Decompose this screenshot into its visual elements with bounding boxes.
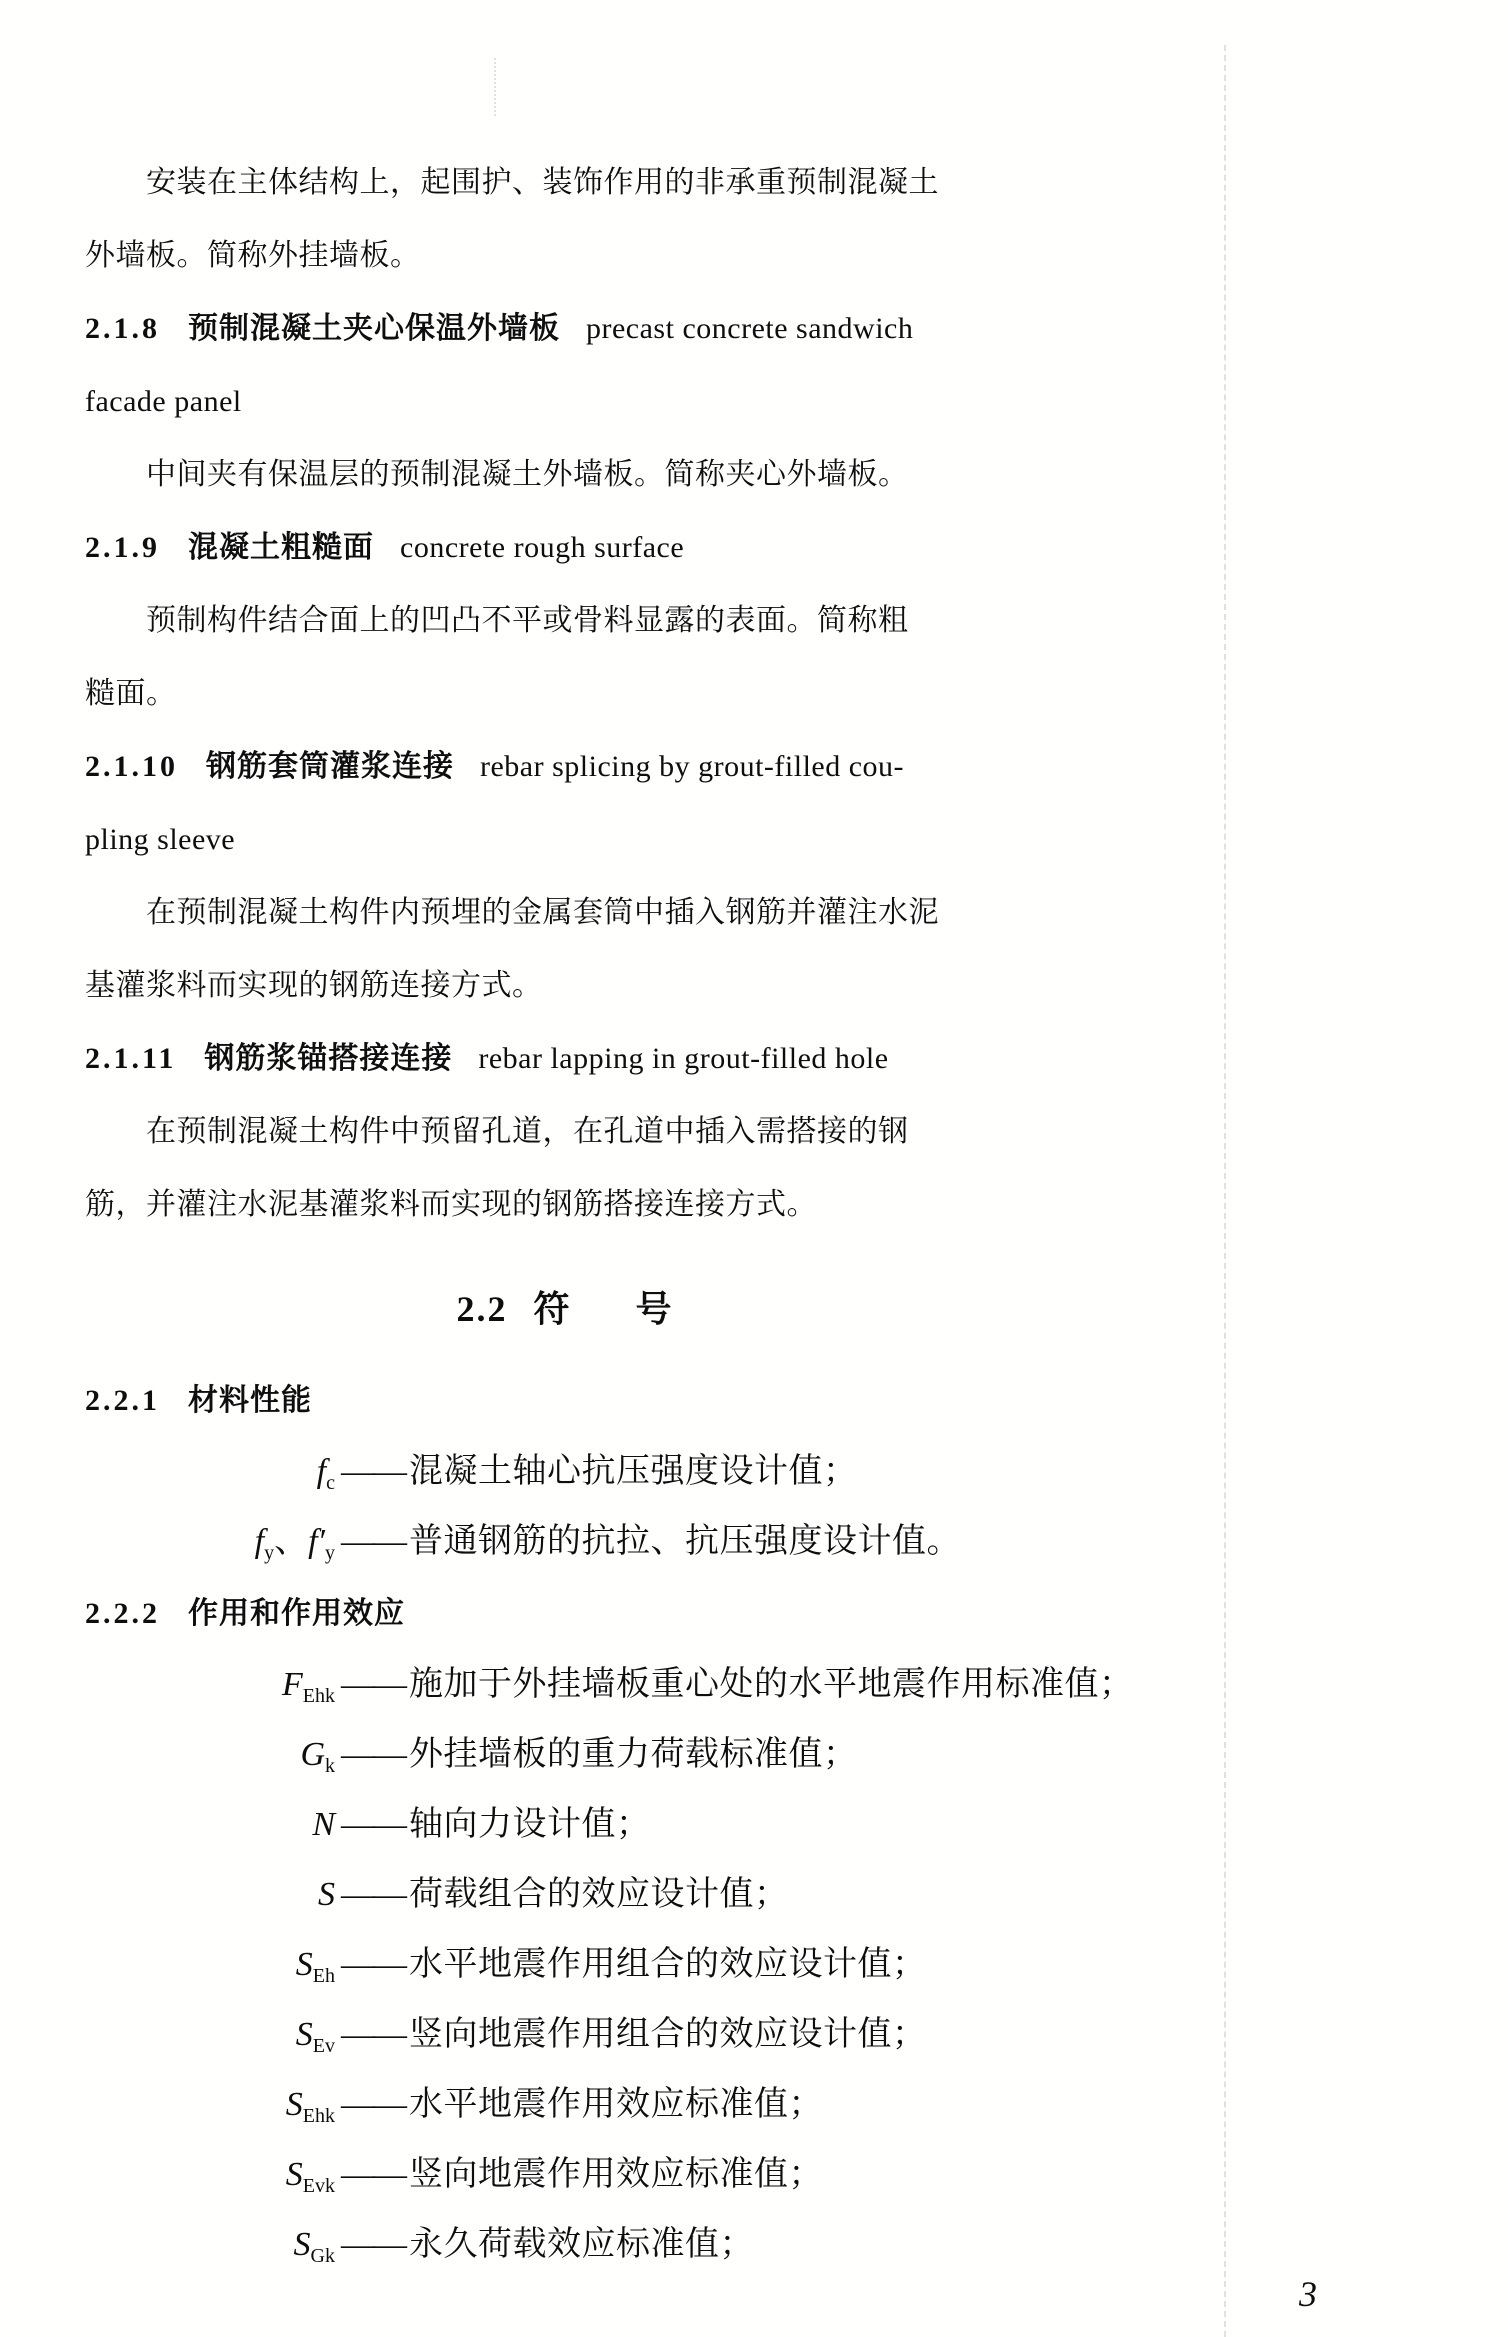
symbol-row: SEh——水平地震作用组合的效应设计值； [85, 1930, 1265, 2000]
definition-line: 在预制混凝土构件中预留孔道，在孔道中插入需搭接的钢 [85, 1095, 1265, 1168]
definition-line: 预制构件结合面上的凹凸不平或骨料显露的表面。简称粗 [85, 584, 1265, 657]
subsection-heading-2-2-2: 2.2.2作用和作用效应 [85, 1577, 1265, 1650]
symbol-term: N [85, 1790, 335, 1860]
symbol-dash: —— [341, 2016, 405, 2053]
symbol-row: FEhk——施加于外挂墙板重心处的水平地震作用标准值； [85, 1650, 1265, 1720]
symbol-description: 永久荷载效应标准值； [409, 2226, 754, 2263]
subsection-title: 材料性能 [188, 1384, 312, 1417]
symbol-row: S——荷载组合的效应设计值； [85, 1860, 1265, 1930]
definition-line: 中间夹有保温层的预制混凝土外墙板。简称夹心外墙板。 [85, 438, 1265, 511]
symbol-row: fy、f′y——普通钢筋的抗拉、抗压强度设计值。 [85, 1507, 1265, 1577]
symbol-description: 外挂墙板的重力荷载标准值； [409, 1736, 858, 1773]
term-entry-2-1-8: 2.1.8预制混凝土夹心保温外墙板precast concrete sandwi… [85, 292, 1265, 365]
subsection-number: 2.2.2 [85, 1597, 160, 1630]
section-heading-2-2: 2.2符号 [85, 1273, 1045, 1346]
page-number: 3 [1299, 2273, 1318, 2315]
scanned-page: 安装在主体结构上，起围护、装饰作用的非承重预制混凝土 外墙板。简称外挂墙板。 2… [0, 0, 1508, 2337]
symbol-dash: —— [341, 1666, 405, 1703]
section-title-char: 号 [636, 1289, 674, 1329]
symbol-row: SEhk——水平地震作用效应标准值； [85, 2070, 1265, 2140]
term-entry-2-1-9: 2.1.9混凝土粗糙面concrete rough surface [85, 511, 1265, 584]
term-title-en: rebar lapping in grout-filled hole [478, 1042, 888, 1075]
symbol-row: SEvk——竖向地震作用效应标准值； [85, 2140, 1265, 2210]
symbol-description: 竖向地震作用组合的效应设计值； [409, 2016, 927, 2053]
symbol-description: 轴向力设计值； [409, 1806, 651, 1843]
symbol-dash: —— [341, 1876, 405, 1913]
term-entry-2-1-10: 2.1.10钢筋套筒灌浆连接rebar splicing by grout-fi… [85, 730, 1265, 803]
symbol-term: Gk [85, 1720, 335, 1790]
term-title-zh: 混凝土粗糙面 [188, 531, 374, 564]
symbol-dash: —— [341, 1946, 405, 1983]
term-title-zh: 预制混凝土夹心保温外墙板 [188, 312, 560, 345]
symbol-term: SGk [85, 2210, 335, 2280]
subsection-heading-2-2-1: 2.2.1材料性能 [85, 1364, 1265, 1437]
term-title-en: concrete rough surface [400, 531, 684, 564]
symbol-description: 普通钢筋的抗拉、抗压强度设计值。 [409, 1523, 961, 1560]
symbol-term: fy、f′y [85, 1507, 335, 1577]
term-number: 2.1.9 [85, 531, 160, 564]
symbol-dash: —— [341, 2156, 405, 2193]
section-number: 2.2 [456, 1289, 507, 1329]
term-title-en-continuation: facade panel [85, 365, 1265, 438]
term-title-en: rebar splicing by grout-filled cou- [480, 750, 904, 783]
page-content: 安装在主体结构上，起围护、装饰作用的非承重预制混凝土 外墙板。简称外挂墙板。 2… [85, 146, 1265, 2280]
symbol-row: fc——混凝土轴心抗压强度设计值； [85, 1437, 1265, 1507]
term-number: 2.1.11 [85, 1042, 176, 1075]
definition-line: 基灌浆料而实现的钢筋连接方式。 [85, 949, 1265, 1022]
symbol-term: FEhk [85, 1650, 335, 1720]
definition-line: 在预制混凝土构件内预埋的金属套筒中插入钢筋并灌注水泥 [85, 876, 1265, 949]
symbol-row: SGk——永久荷载效应标准值； [85, 2210, 1265, 2280]
term-entry-2-1-11: 2.1.11钢筋浆锚搭接连接rebar lapping in grout-fil… [85, 1022, 1265, 1095]
paragraph-line: 外墙板。简称外挂墙板。 [85, 219, 1265, 292]
definition-line: 筋，并灌注水泥基灌浆料而实现的钢筋搭接连接方式。 [85, 1168, 1265, 1241]
term-title-en-continuation: pling sleeve [85, 803, 1265, 876]
symbol-term: S [85, 1860, 335, 1930]
subsection-title: 作用和作用效应 [188, 1597, 405, 1630]
symbol-description: 水平地震作用效应标准值； [409, 2086, 823, 2123]
symbol-dash: —— [341, 2086, 405, 2123]
symbol-dash: —— [341, 2226, 405, 2263]
symbol-description: 荷载组合的效应设计值； [409, 1876, 789, 1913]
symbol-row: SEv——竖向地震作用组合的效应设计值； [85, 2000, 1265, 2070]
subsection-number: 2.2.1 [85, 1384, 160, 1417]
section-title-char: 符 [533, 1289, 571, 1329]
term-title-zh: 钢筋套筒灌浆连接 [206, 750, 454, 783]
symbol-dash: —— [341, 1806, 405, 1843]
symbol-term: SEvk [85, 2140, 335, 2210]
scan-artifact-line [494, 58, 496, 116]
symbol-row: Gk——外挂墙板的重力荷载标准值； [85, 1720, 1265, 1790]
symbol-description: 混凝土轴心抗压强度设计值； [409, 1453, 858, 1490]
term-title-en: precast concrete sandwich [586, 312, 913, 345]
symbol-term: SEh [85, 1930, 335, 2000]
term-number: 2.1.10 [85, 750, 178, 783]
symbol-row: N——轴向力设计值； [85, 1790, 1265, 1860]
symbol-description: 水平地震作用组合的效应设计值； [409, 1946, 927, 1983]
symbol-term: fc [85, 1437, 335, 1507]
term-title-zh: 钢筋浆锚搭接连接 [204, 1042, 452, 1075]
symbol-dash: —— [341, 1453, 405, 1490]
symbol-description: 竖向地震作用效应标准值； [409, 2156, 823, 2193]
symbol-description: 施加于外挂墙板重心处的水平地震作用标准值； [409, 1666, 1134, 1703]
symbol-dash: —— [341, 1736, 405, 1773]
symbol-dash: —— [341, 1523, 405, 1560]
symbol-term: SEv [85, 2000, 335, 2070]
definition-line: 糙面。 [85, 657, 1265, 730]
symbol-term: SEhk [85, 2070, 335, 2140]
paragraph-line: 安装在主体结构上，起围护、装饰作用的非承重预制混凝土 [85, 146, 1265, 219]
term-number: 2.1.8 [85, 312, 160, 345]
